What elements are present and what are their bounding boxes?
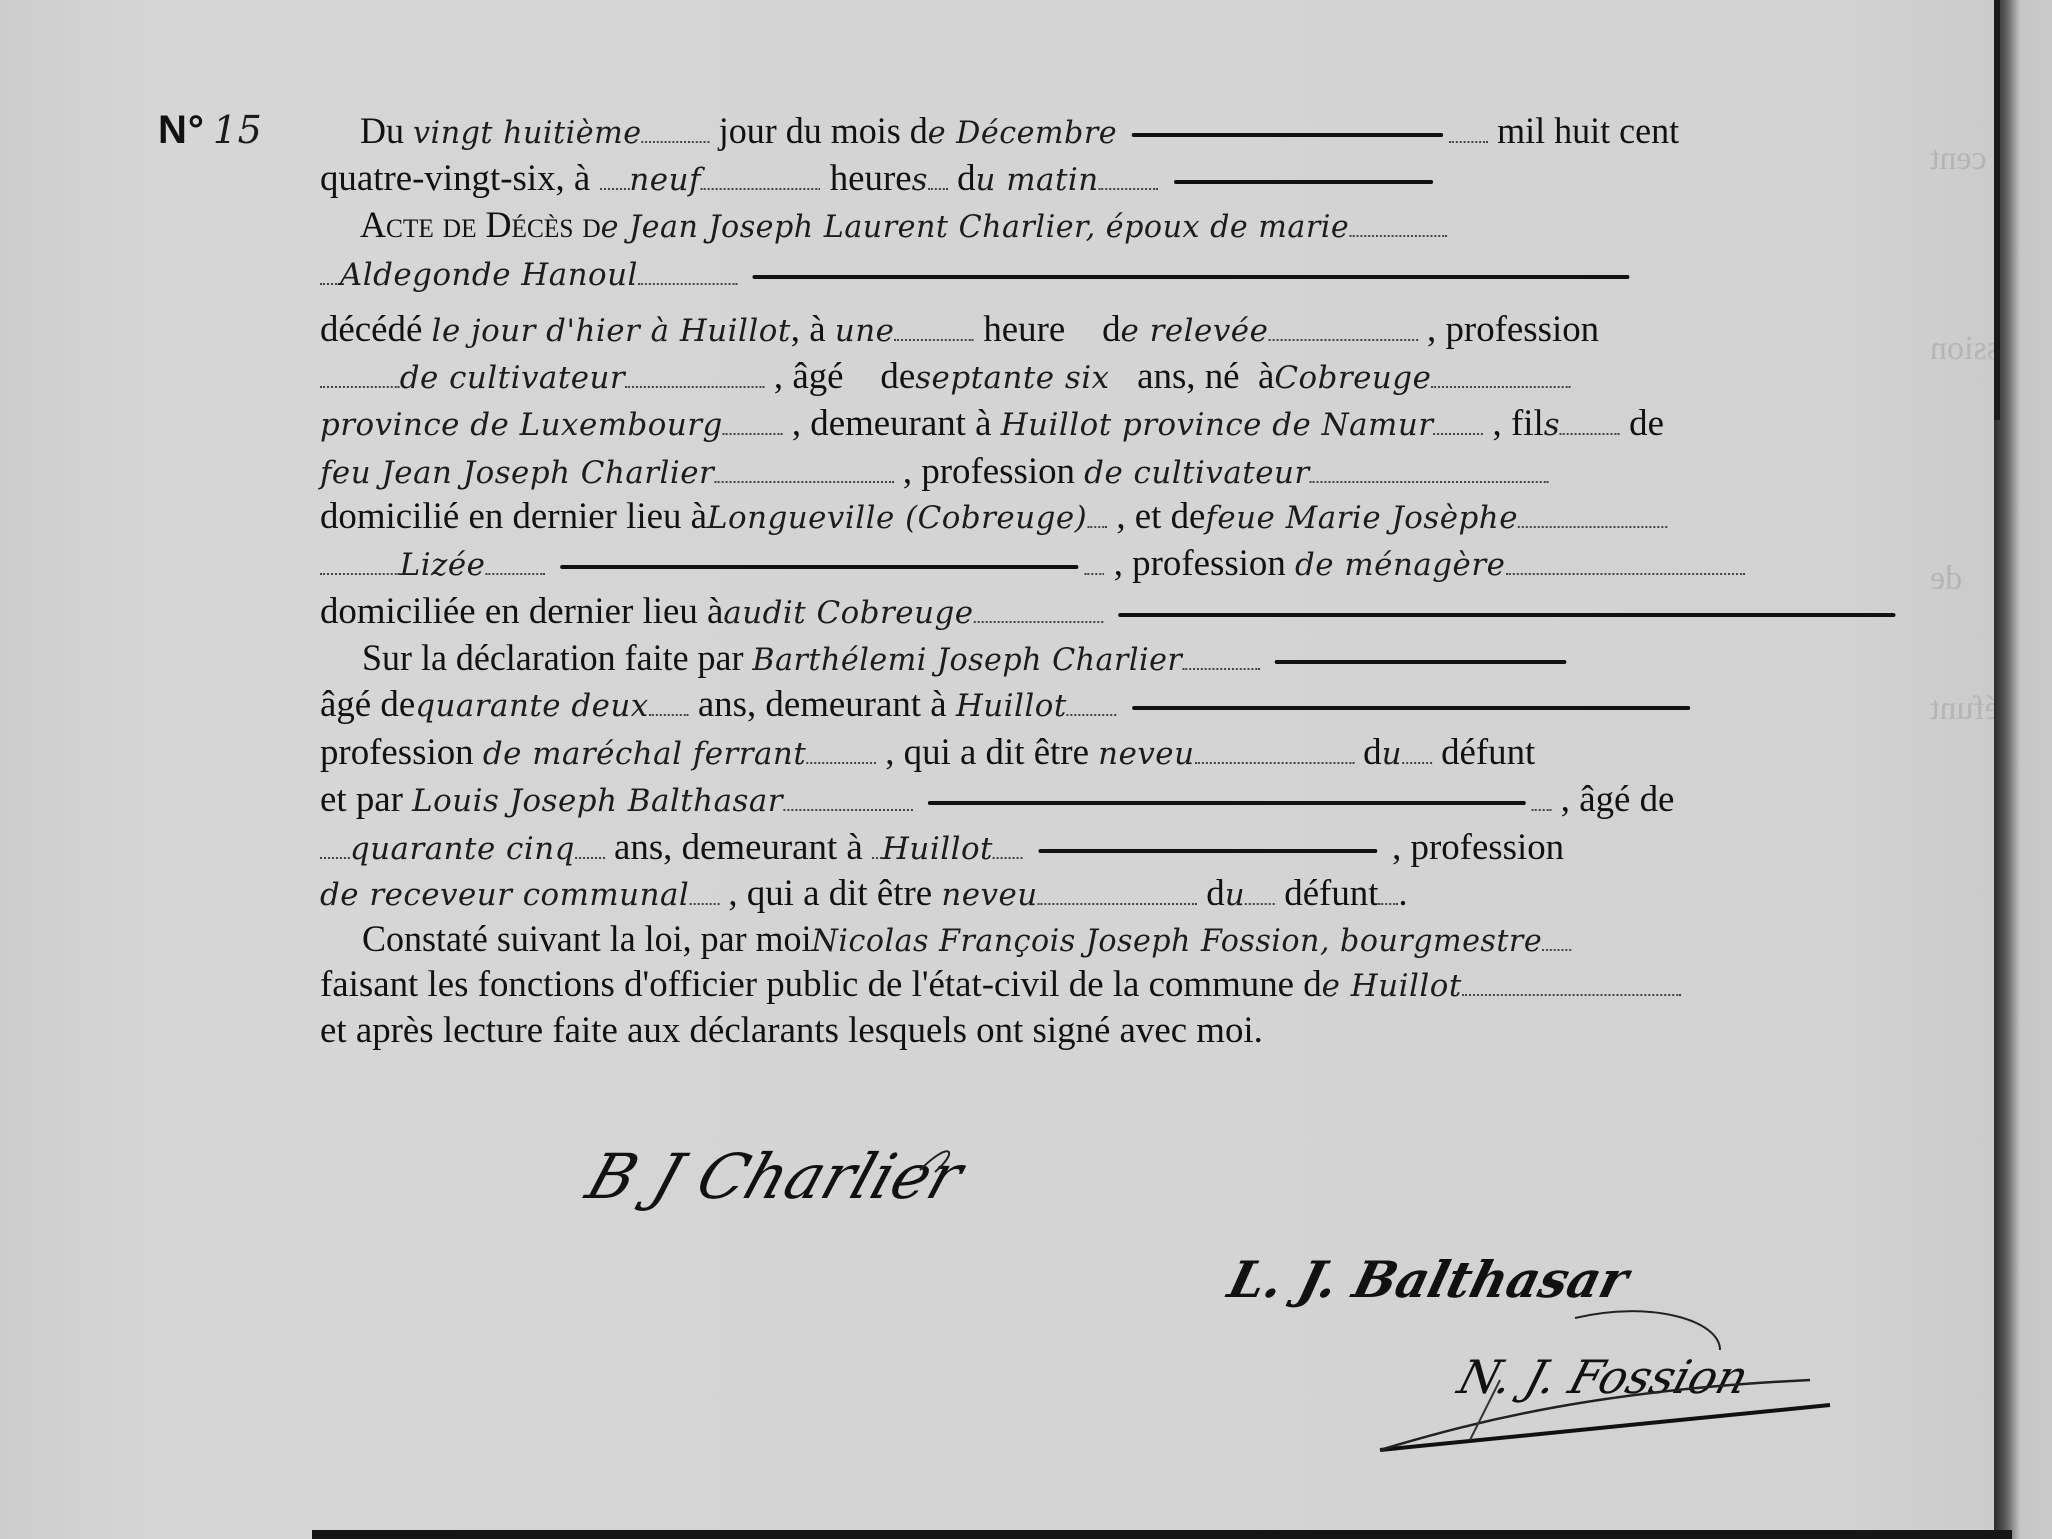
document-page: N°15 Du vingt huitième jour du mois de D… xyxy=(0,0,2052,1539)
bleed-through-text: éfunt xyxy=(1930,690,2000,728)
page-edge-shadow xyxy=(1994,0,2052,1539)
signature-flourishes xyxy=(0,0,2052,1539)
bottom-rule xyxy=(312,1530,2012,1539)
bleed-through-text: de xyxy=(1930,560,1962,598)
